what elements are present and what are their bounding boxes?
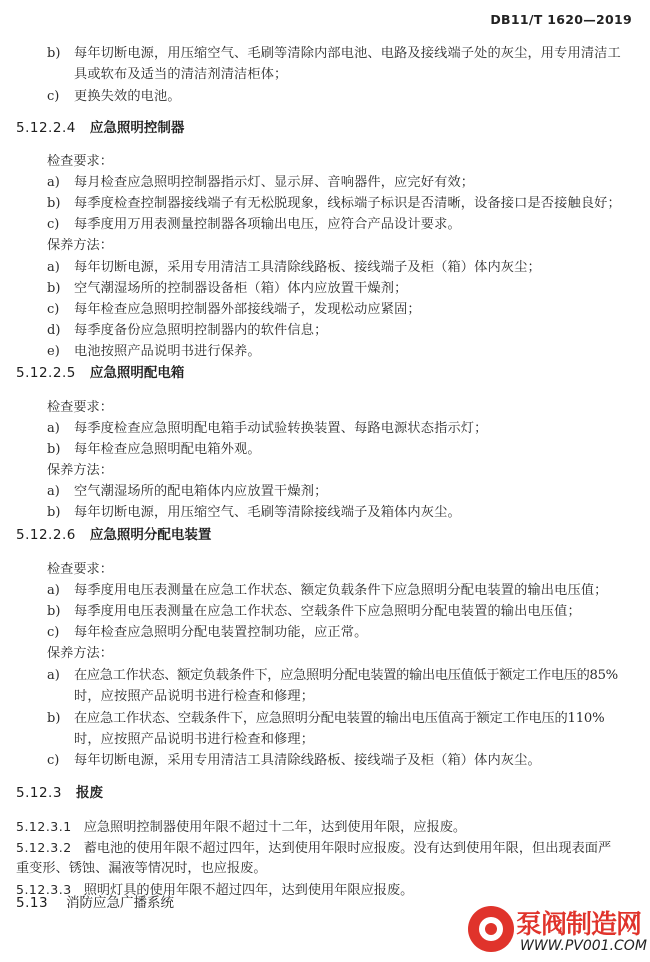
section-heading: 5.12.2.5应急照明配电箱 — [16, 363, 184, 384]
maintenance-method-label: 保养方法： — [47, 643, 113, 664]
item-label: d) — [47, 320, 60, 341]
section-5-13-heading: 5.13消防应急广播系统 — [16, 893, 174, 914]
item-text: 每年检查应急照明分配电装置控制功能，应正常。 — [74, 622, 367, 643]
section-number: 5.13 — [16, 893, 48, 914]
watermark-url: WWW.PV001.COM — [520, 938, 647, 954]
item-label: e) — [47, 341, 60, 362]
item-text: 每年检查应急照明配电箱外观。 — [74, 439, 261, 460]
item-text: 在应急工作状态、额定负载条件下，应急照明分配电装置的输出电压值低于额定工作电压的… — [74, 665, 618, 686]
item-text: 每季度检查控制器接线端子有无松脱现象，线标端子标识是否清晰，设备接口是否接触良好… — [74, 193, 621, 214]
section-heading: 5.12.2.6应急照明分配电装置 — [16, 525, 211, 546]
item-label: b) — [47, 278, 60, 299]
section-number: 5.12.2.6 — [16, 525, 76, 546]
item-label: a) — [47, 481, 60, 502]
item-text: 每年检查应急照明控制器外部接线端子，发现松动应紧固； — [74, 299, 421, 320]
check-requirements-label: 检查要求： — [47, 559, 113, 580]
section-title: 应急照明配电箱 — [90, 365, 185, 381]
maintenance-method-label: 保养方法： — [47, 460, 113, 481]
section-number: 5.12.2.5 — [16, 363, 76, 384]
clause-5-12-3-1: 5.12.3.1应急照明控制器使用年限不超过十二年，达到使用年限，应报废。 — [16, 816, 466, 838]
item-text: 每年切断电源，采用专用清洁工具清除线路板、接线端子及柜（箱）体内灰尘。 — [74, 750, 541, 771]
item-text: 空气潮湿场所的配电箱体内应放置干燥剂； — [74, 481, 327, 502]
watermark-cn-text: 泵阀制造网 — [516, 904, 641, 941]
section-title: 应急照明控制器 — [90, 120, 185, 136]
item-label: b) — [47, 193, 60, 214]
item-text: 电池按照产品说明书进行保养。 — [74, 341, 261, 362]
logo-icon — [468, 906, 514, 952]
item-label: c) — [47, 622, 59, 643]
item-text: 在应急工作状态、空载条件下，应急照明分配电装置的输出电压值高于额定工作电压的11… — [74, 708, 604, 729]
clause-text: 蓄电池的使用年限不超过四年，达到使用年限时应报废。没有达到使用年限，但出现表面严 — [84, 841, 612, 856]
item-text-cont: 时，应按照产品说明书进行检查和修理； — [74, 729, 314, 750]
item-label: b) — [47, 601, 60, 622]
section-title: 消防应急广播系统 — [66, 895, 174, 911]
item-label: c) — [47, 750, 59, 771]
item-label: a) — [47, 418, 60, 439]
item-text: 每季度用电压表测量在应急工作状态、空载条件下应急照明分配电装置的输出电压值； — [74, 601, 581, 622]
item-label: c) — [47, 214, 59, 235]
document-page: DB11/T 1620—2019 b) 每年切断电源，用压缩空气、毛刷等清除内部… — [0, 0, 650, 962]
item-text: 更换失效的电池。 — [74, 86, 181, 107]
item-label: a) — [47, 257, 60, 278]
clause-5-12-3-2: 5.12.3.2蓄电池的使用年限不超过四年，达到使用年限时应报废。没有达到使用年… — [16, 837, 611, 859]
item-text: 每年切断电源，采用专用清洁工具清除线路板、接线端子及柜（箱）体内灰尘； — [74, 257, 541, 278]
item-text: 每年切断电源，用压缩空气、毛刷等清除内部电池、电路及接线端子处的灰尘，用专用清洁… — [74, 43, 621, 64]
item-text-cont: 具或软布及适当的清洁剂清洁柜体； — [74, 64, 287, 85]
watermark-logo: 泵阀制造网 WWW.PV001.COM — [468, 902, 648, 960]
check-requirements-label: 检查要求： — [47, 151, 113, 172]
section-title: 应急照明分配电装置 — [90, 527, 212, 543]
item-label: b) — [47, 502, 60, 523]
item-text: 每季度用电压表测量在应急工作状态、额定负载条件下应急照明分配电装置的输出电压值； — [74, 580, 608, 601]
item-text: 每年切断电源，用压缩空气、毛刷等清除接线端子及箱体内灰尘。 — [74, 502, 461, 523]
item-text: 每季度备份应急照明控制器内的软件信息； — [74, 320, 327, 341]
item-text: 空气潮湿场所的控制器设备柜（箱）体内应放置干燥剂； — [74, 278, 407, 299]
item-label: b) — [47, 43, 60, 64]
item-label: b) — [47, 708, 60, 729]
section-number: 5.12.3 — [16, 783, 62, 804]
document-id: DB11/T 1620—2019 — [490, 12, 632, 27]
item-label: a) — [47, 665, 60, 686]
item-label: a) — [47, 580, 60, 601]
item-label: c) — [47, 86, 59, 107]
section-heading: 5.12.3报废 — [16, 783, 103, 804]
clause-number: 5.12.3.1 — [16, 816, 72, 837]
maintenance-method-label: 保养方法： — [47, 235, 113, 256]
section-number: 5.12.2.4 — [16, 118, 76, 139]
clause-text-cont: 重变形、锈蚀、漏液等情况时，也应报废。 — [16, 858, 267, 879]
item-label: b) — [47, 439, 60, 460]
clause-text: 应急照明控制器使用年限不超过十二年，达到使用年限，应报废。 — [84, 820, 466, 835]
item-label: c) — [47, 299, 59, 320]
item-text: 每月检查应急照明控制器指示灯、显示屏、音响器件，应完好有效； — [74, 172, 474, 193]
item-text: 每季度用万用表测量控制器各项输出电压，应符合产品设计要求。 — [74, 214, 461, 235]
item-text-cont: 时，应按照产品说明书进行检查和修理； — [74, 686, 314, 707]
clause-number: 5.12.3.2 — [16, 837, 72, 858]
section-title: 报废 — [76, 785, 103, 801]
check-requirements-label: 检查要求： — [47, 397, 113, 418]
section-heading: 5.12.2.4应急照明控制器 — [16, 118, 184, 139]
item-label: a) — [47, 172, 60, 193]
item-text: 每季度检查应急照明配电箱手动试验转换装置、每路电源状态指示灯； — [74, 418, 487, 439]
